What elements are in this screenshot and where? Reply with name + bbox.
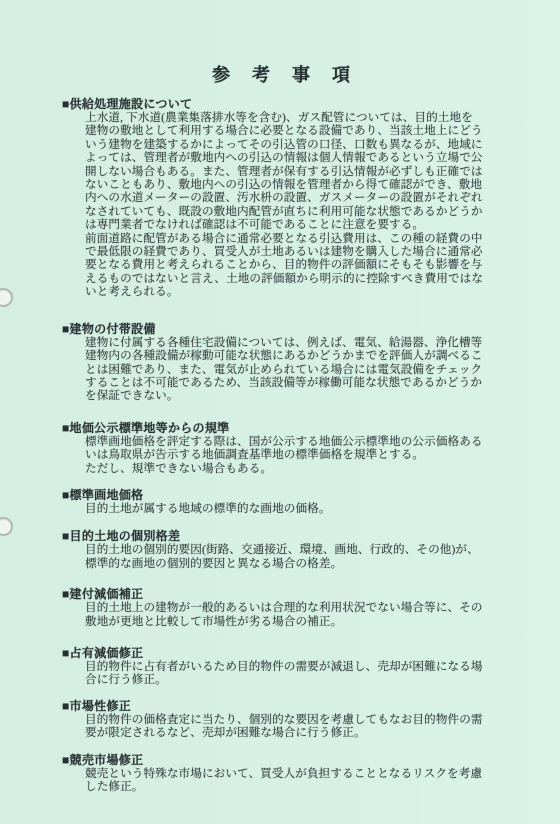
page-title: 参 考 事 項: [62, 63, 502, 87]
section-heading: ■市場性修正: [62, 699, 502, 713]
punch-hole-top: [0, 288, 13, 307]
section-body: 目的土地の個別的要因(街路、交通接近、環境、画地、行政的、その他)が、 標準的な…: [85, 543, 502, 570]
section-heading: ■目的土地の個別格差: [62, 529, 502, 543]
section-heading: ■地価公示標準地等からの規準: [62, 421, 502, 435]
section-heading: ■供給処理施設について: [62, 97, 502, 111]
document-section: ■目的土地の個別格差 目的土地の個別的要因(街路、交通接近、環境、画地、行政的、…: [62, 529, 502, 570]
document-section: ■競売市場修正 競売という特殊な市場において、買受人が負担することとなるリスクを…: [62, 753, 502, 794]
scanned-document-page: 参 考 事 項 ■供給処理施設について 上水道, 下水道(農業集落排水等を含む)…: [0, 0, 560, 824]
section-body: 建物に付属する各種住宅設備については、例えば、電気、給湯器、浄化槽等 建物内の各…: [85, 336, 502, 403]
document-content: 参 考 事 項 ■供給処理施設について 上水道, 下水道(農業集落排水等を含む)…: [62, 63, 502, 793]
section-heading: ■標準画地価格: [62, 488, 502, 502]
section-body: 標準画地価格を評定する際は、国が公示する地価公示標準地の公示価格ある いは鳥取県…: [85, 435, 502, 475]
section-body: 目的土地上の建物が一般的あるいは合理的な利用状況でない場合等に、その 敷地が更地…: [85, 601, 502, 628]
document-section: ■供給処理施設について 上水道, 下水道(農業集落排水等を含む)、ガス配管につい…: [62, 97, 502, 299]
punch-hole-bottom: [0, 517, 13, 536]
section-body: 目的土地が属する地域の標準的な画地の価格。: [85, 502, 502, 515]
document-section: ■地価公示標準地等からの規準 標準画地価格を評定する際は、国が公示する地価公示標…: [62, 421, 502, 475]
section-heading: ■建物の付帯設備: [62, 322, 502, 336]
document-section: ■占有減価修正 目的物件に占有者がいるため目的物件の需要が減退し、売却が困難にな…: [62, 646, 502, 687]
section-body: 目的物件の価格査定に当たり、個別的な要因を考慮してもなお目的物件の需 要が限定さ…: [85, 713, 502, 740]
document-section: ■市場性修正 目的物件の価格査定に当たり、個別的な要因を考慮してもなお目的物件の…: [62, 699, 502, 740]
section-list: ■供給処理施設について 上水道, 下水道(農業集落排水等を含む)、ガス配管につい…: [62, 97, 502, 793]
section-body: 上水道, 下水道(農業集落排水等を含む)、ガス配管については、目的土地を 建物の…: [85, 111, 502, 299]
section-heading: ■競売市場修正: [62, 753, 502, 767]
section-body: 目的物件に占有者がいるため目的物件の需要が減退し、売却が困難になる場 合に行う修…: [85, 660, 502, 687]
document-section: ■建物の付帯設備 建物に付属する各種住宅設備については、例えば、電気、給湯器、浄…: [62, 322, 502, 403]
section-heading: ■占有減価修正: [62, 646, 502, 660]
section-heading: ■建付減価補正: [62, 587, 502, 601]
document-section: ■標準画地価格 目的土地が属する地域の標準的な画地の価格。: [62, 488, 502, 515]
document-section: ■建付減価補正 目的土地上の建物が一般的あるいは合理的な利用状況でない場合等に、…: [62, 587, 502, 628]
section-body: 競売という特殊な市場において、買受人が負担することとなるリスクを考慮 した修正。: [85, 767, 502, 794]
